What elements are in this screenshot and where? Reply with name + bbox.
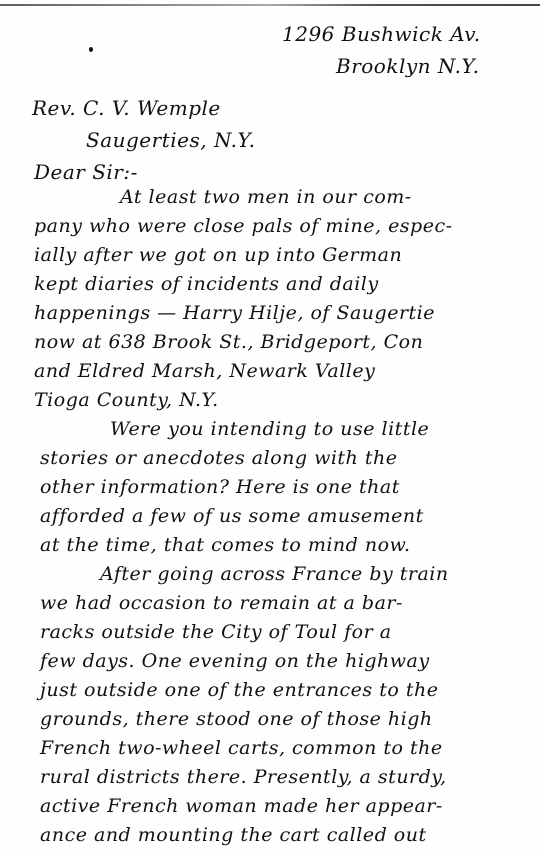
ink-mark xyxy=(89,47,93,52)
letter-line: other information? Here is one that xyxy=(40,476,400,498)
letter-line: few days. One evening on the highway xyxy=(40,650,430,672)
letter-line: ially after we got on up into German xyxy=(34,244,402,266)
letter-line: stories or anecdotes along with the xyxy=(40,447,397,469)
letter-line: and Eldred Marsh, Newark Valley xyxy=(34,360,375,382)
letter-line: At least two men in our com- xyxy=(120,186,412,208)
salutation: Dear Sir:- xyxy=(34,160,138,184)
page-top-edge xyxy=(0,4,540,6)
letter-line: French two-wheel carts, common to the xyxy=(40,737,443,759)
letter-line: racks outside the City of Toul for a xyxy=(40,621,392,643)
letter-line: at the time, that comes to mind now. xyxy=(40,534,411,556)
letter-line: active French woman made her appear- xyxy=(40,795,443,817)
letter-line: After going across France by train xyxy=(100,563,449,585)
letter-line: afforded a few of us some amusement xyxy=(40,505,424,527)
recipient-city: Saugerties, N.Y. xyxy=(86,128,256,152)
letter-line: grounds, there stood one of those high xyxy=(40,708,433,730)
letter-line: now at 638 Brook St., Bridgeport, Con xyxy=(34,331,423,353)
sender-street: 1296 Bushwick Av. xyxy=(282,22,481,46)
letter-line: ance and mounting the cart called out xyxy=(40,824,427,846)
letter-line: Tioga County, N.Y. xyxy=(34,389,219,411)
letter-line: rural districts there. Presently, a stur… xyxy=(40,766,447,788)
letter-line: we had occasion to remain at a bar- xyxy=(40,592,403,614)
letter-line: kept diaries of incidents and daily xyxy=(34,273,379,295)
letter-line: pany who were close pals of mine, espec- xyxy=(34,215,453,237)
letter-line: happenings — Harry Hilje, of Saugertie xyxy=(34,302,435,324)
letter-page: 1296 Bushwick Av. Brooklyn N.Y. Rev. C. … xyxy=(0,0,540,854)
letter-line: just outside one of the entrances to the xyxy=(40,679,438,701)
letter-line: Were you intending to use little xyxy=(110,418,429,440)
sender-city: Brooklyn N.Y. xyxy=(336,54,479,78)
recipient-name: Rev. C. V. Wemple xyxy=(32,96,221,120)
